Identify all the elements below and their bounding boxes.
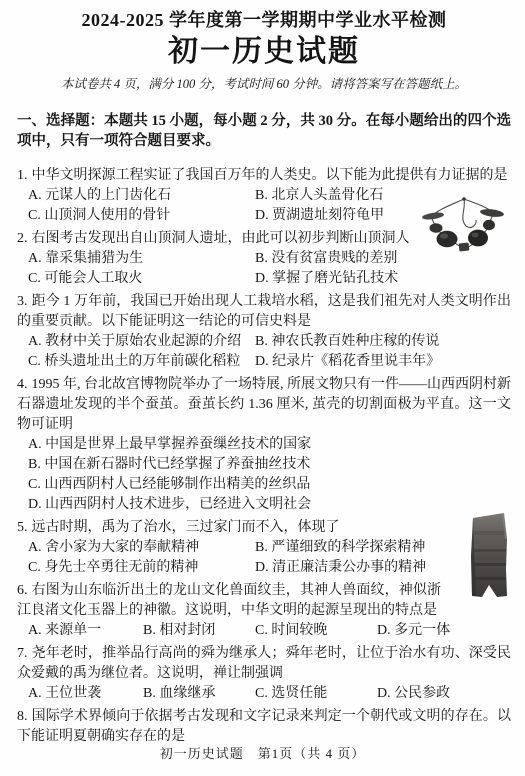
- question-8-stem: 8.国际学术界倾向于依据考古发现和文字记录来判定一个朝代或文明的存在。以下能证明…: [17, 707, 511, 747]
- question-text: 中华文明探源工程实证了我国百万年的人类史。以下能为此提供有力证据的是: [32, 168, 508, 183]
- beast-face-jade-gui-photo: [466, 511, 512, 604]
- question-number: 4.: [17, 377, 28, 392]
- question-text: 距今 1 万年前，我国已开始出现人工栽培水稻，这是我们祖先对人类文明作出的重要贡…: [17, 294, 511, 329]
- question-8: 8.国际学术界倾向于依据考古发现和文字记录来判定一个朝代或文明的存在。以下能证明…: [17, 707, 511, 747]
- option-c: C. 山顶洞人使用的骨针: [28, 206, 255, 226]
- question-4-stem: 4.1995 年, 台北故宫博物院举办了一场特展, 所展文物只有一件——山西西阴…: [17, 375, 511, 435]
- question-5-options: A. 舍小家为大家的奉献精神 B. 严谨细致的科学探索精神 C. 身先士卒勇往无…: [17, 538, 511, 578]
- exam-paper-page: 2024-2025 学年度第一学期期中学业水平检测 初一历史试题 本试卷共 4 …: [0, 0, 525, 776]
- question-text: 右图为山东临沂出土的龙山文化兽面纹圭，其神人兽面纹，神似浙江良渚文化玉器上的神徽…: [17, 583, 441, 618]
- paper-title: 初一历史试题: [17, 32, 511, 72]
- question-number: 2.: [17, 231, 28, 246]
- option-a: A. 教材中关于原始农业起源的介绍: [28, 332, 255, 352]
- question-text: 1995 年, 台北故宫博物院举办了一场特展, 所展文物只有一件——山西西阴村新…: [17, 377, 511, 432]
- question-4-options: A. 中国是世界上最早掌握养蚕缫丝技术的国家 B. 中国在新石器时代已经掌握了养…: [17, 435, 511, 515]
- question-3-stem: 3.距今 1 万年前，我国已开始出现人工栽培水稻，这是我们祖先对人类文明作出的重…: [17, 292, 511, 332]
- question-number: 7.: [17, 646, 28, 661]
- ornament-necklace-photo: [419, 192, 508, 259]
- option-c: C. 选贤任能: [255, 684, 377, 704]
- option-d: D. 纪录片《稻花香里说丰年》: [255, 352, 511, 372]
- question-6-options: A. 来源单一 B. 相对封闭 C. 时间较晚 D. 多元一体: [17, 621, 511, 641]
- question-number: 6.: [17, 583, 28, 598]
- option-c: C. 身先士卒勇往无前的精神: [28, 558, 255, 578]
- question-text: 远古时期，禹为了治水，三过家门而不入，体现了: [32, 520, 340, 535]
- option-a: A. 来源单一: [28, 621, 143, 641]
- option-b: B. 中国在新石器时代已经掌握了养蚕抽丝技术: [28, 455, 511, 475]
- page-footer: 初一历史试题 第1页（共 4 页）: [0, 745, 525, 763]
- option-b: B. 相对封闭: [143, 621, 255, 641]
- section-one-intro: 一、选择题：本题共 15 小题，每小题 2 分，共 30 分。在每小题给出的四个…: [17, 111, 511, 151]
- question-number: 8.: [17, 709, 28, 724]
- option-a: A. 舍小家为大家的奉献精神: [28, 538, 255, 558]
- question-7-options: A. 王位世袭 B. 血缘继承 C. 选贤任能 D. 公民参政: [17, 684, 511, 704]
- question-number: 1.: [17, 168, 28, 183]
- option-b: B. 神农氏教百姓种庄稼的传说: [255, 332, 511, 352]
- exam-session-title: 2024-2025 学年度第一学期期中学业水平检测: [17, 8, 511, 32]
- question-5-stem: 5.远古时期，禹为了治水，三过家门而不入，体现了: [17, 518, 511, 538]
- option-d: D. 公民参政: [377, 684, 511, 704]
- question-number: 3.: [17, 294, 28, 309]
- question-7: 7.尧年老时，推举品行高尚的舜为继承人；舜年老时，让位于治水有功、深受民众爱戴的…: [17, 644, 511, 704]
- option-a: A. 元谋人的上门齿化石: [28, 186, 255, 206]
- option-c: C. 桥头遗址出土的万年前碳化稻粒: [28, 352, 255, 372]
- question-text: 右图考古发现出自山顶洞人遗址，由此可以初步判断山顶洞人: [32, 231, 410, 246]
- question-number: 5.: [17, 520, 28, 535]
- option-c: C. 山西西阴村人已经能够制作出精美的丝织品: [28, 475, 511, 495]
- question-3: 3.距今 1 万年前，我国已开始出现人工栽培水稻，这是我们祖先对人类文明作出的重…: [17, 292, 511, 372]
- option-a: A. 靠采集捕猎为生: [28, 249, 255, 269]
- question-7-stem: 7.尧年老时，推举品行高尚的舜为继承人；舜年老时，让位于治水有功、深受民众爱戴的…: [17, 644, 511, 684]
- question-text: 尧年老时，推举品行高尚的舜为继承人；舜年老时，让位于治水有功、深受民众爱戴的禹为…: [17, 646, 511, 681]
- option-c: C. 可能会人工取火: [28, 269, 255, 289]
- option-a: A. 王位世袭: [28, 684, 143, 704]
- question-text: 国际学术界倾向于依据考古发现和文字记录来判定一个朝代或文明的存在。以下能证明夏朝…: [17, 709, 511, 744]
- option-d: D. 山西西阴村人技术进步，已经进入文明社会: [28, 495, 511, 515]
- option-a: A. 中国是世界上最早掌握养蚕缫丝技术的国家: [28, 435, 511, 455]
- question-4: 4.1995 年, 台北故宫博物院举办了一场特展, 所展文物只有一件——山西西阴…: [17, 375, 511, 515]
- question-6-stem: 6.右图为山东临沂出土的龙山文化兽面纹圭，其神人兽面纹，神似浙江良渚文化玉器上的…: [17, 581, 511, 621]
- page-content: 2024-2025 学年度第一学期期中学业水平检测 初一历史试题 本试卷共 4 …: [0, 0, 525, 747]
- question-1-stem: 1.中华文明探源工程实证了我国百万年的人类史。以下能为此提供有力证据的是: [17, 166, 511, 186]
- option-b: B. 血缘继承: [143, 684, 255, 704]
- question-5: 5.远古时期，禹为了治水，三过家门而不入，体现了 A. 舍小家为大家的奉献精神 …: [17, 518, 511, 578]
- option-d: D. 掌握了磨光钻孔技术: [255, 269, 511, 289]
- option-d: D. 多元一体: [377, 621, 511, 641]
- question-3-options: A. 教材中关于原始农业起源的介绍 B. 神农氏教百姓种庄稼的传说 C. 桥头遗…: [17, 332, 511, 372]
- option-c: C. 时间较晚: [255, 621, 377, 641]
- paper-instructions: 本试卷共 4 页，满分 100 分，考试时间 60 分钟。请将答案写在答题纸上。: [17, 75, 511, 94]
- question-6: 6.右图为山东临沂出土的龙山文化兽面纹圭，其神人兽面纹，神似浙江良渚文化玉器上的…: [17, 581, 511, 641]
